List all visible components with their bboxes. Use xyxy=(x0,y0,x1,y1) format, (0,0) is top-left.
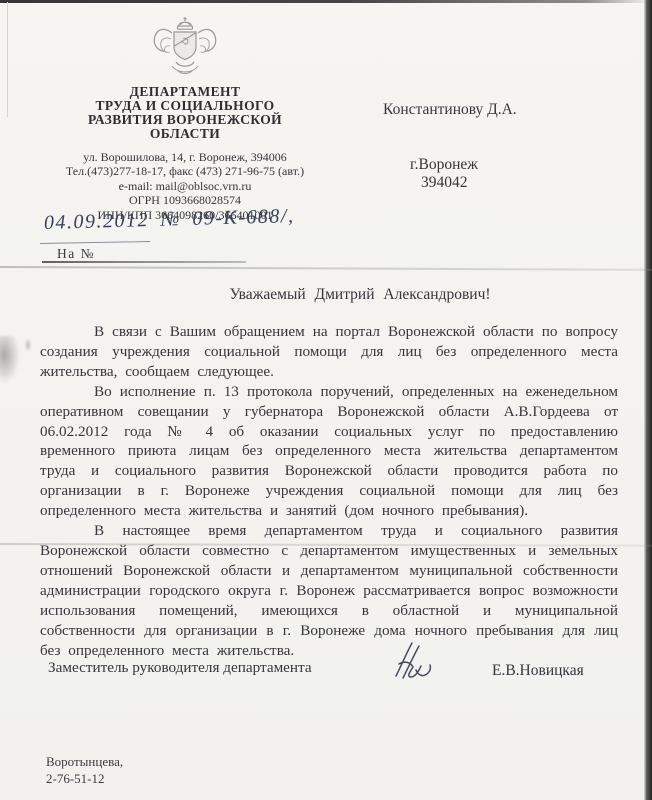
executor-phone: 2-76-51-12 xyxy=(46,770,123,787)
email-line: e-mail: mail@oblsoc.vrn.ru xyxy=(30,179,340,193)
signer-position-title: Заместитель руководителя департамента xyxy=(48,659,312,677)
org-name-line: ОБЛАСТИ xyxy=(30,127,340,141)
body-paragraph-1: В связи с Вашим обращением на портал Вор… xyxy=(40,322,618,382)
executor-name: Воротынцева, xyxy=(46,753,123,770)
scan-top-edge xyxy=(0,0,652,3)
date-underline xyxy=(40,241,150,244)
addressee-postal-code: 394042 xyxy=(383,174,613,192)
letter-body: В связи с Вашим обращением на портал Вор… xyxy=(40,322,618,660)
addressee-name: Константинову Д.А. xyxy=(383,101,613,119)
org-name-line: ДЕПАРТАМЕНТ xyxy=(30,85,340,99)
salutation: Уважаемый Дмитрий Александрович! xyxy=(80,286,640,304)
signee-name: Е.В.Новицкая xyxy=(492,662,584,680)
reply-to-number-line xyxy=(42,261,246,263)
executor-block: Воротынцева, 2-76-51-12 xyxy=(46,753,123,787)
reply-to-number-label: На № xyxy=(57,246,95,262)
coat-of-arms-icon xyxy=(145,14,225,80)
letterhead: ДЕПАРТАМЕНТ ТРУДА И СОЦИАЛЬНОГО РАЗВИТИЯ… xyxy=(30,14,340,222)
scan-fold-line-upper xyxy=(0,266,652,271)
org-name-line: ТРУДА И СОЦИАЛЬНОГО xyxy=(30,99,340,113)
scan-right-edge xyxy=(644,0,652,800)
body-paragraph-3: В настоящее время департаментом труда и … xyxy=(40,521,618,660)
scanned-letter-page: ДЕПАРТАМЕНТ ТРУДА И СОЦИАЛЬНОГО РАЗВИТИЯ… xyxy=(0,0,652,800)
handwritten-signature-icon xyxy=(386,636,444,688)
scan-smudge xyxy=(0,336,20,384)
address-line: ул. Ворошилова, 14, г. Воронеж, 394006 xyxy=(30,150,340,164)
body-paragraph-2: Во исполнение п. 13 протокола поручений,… xyxy=(40,382,618,521)
org-name-line: РАЗВИТИЯ ВОРОНЕЖСКОЙ xyxy=(30,113,340,127)
addressee-block: Константинову Д.А. г.Воронеж 394042 xyxy=(383,101,613,192)
addressee-city: г.Воронеж xyxy=(383,156,613,174)
phone-fax-line: Тел.(473)277-18-17, факс (473) 271-96-75… xyxy=(30,164,340,178)
scan-left-page-edge xyxy=(7,2,8,117)
scan-smudge-small xyxy=(24,338,32,352)
